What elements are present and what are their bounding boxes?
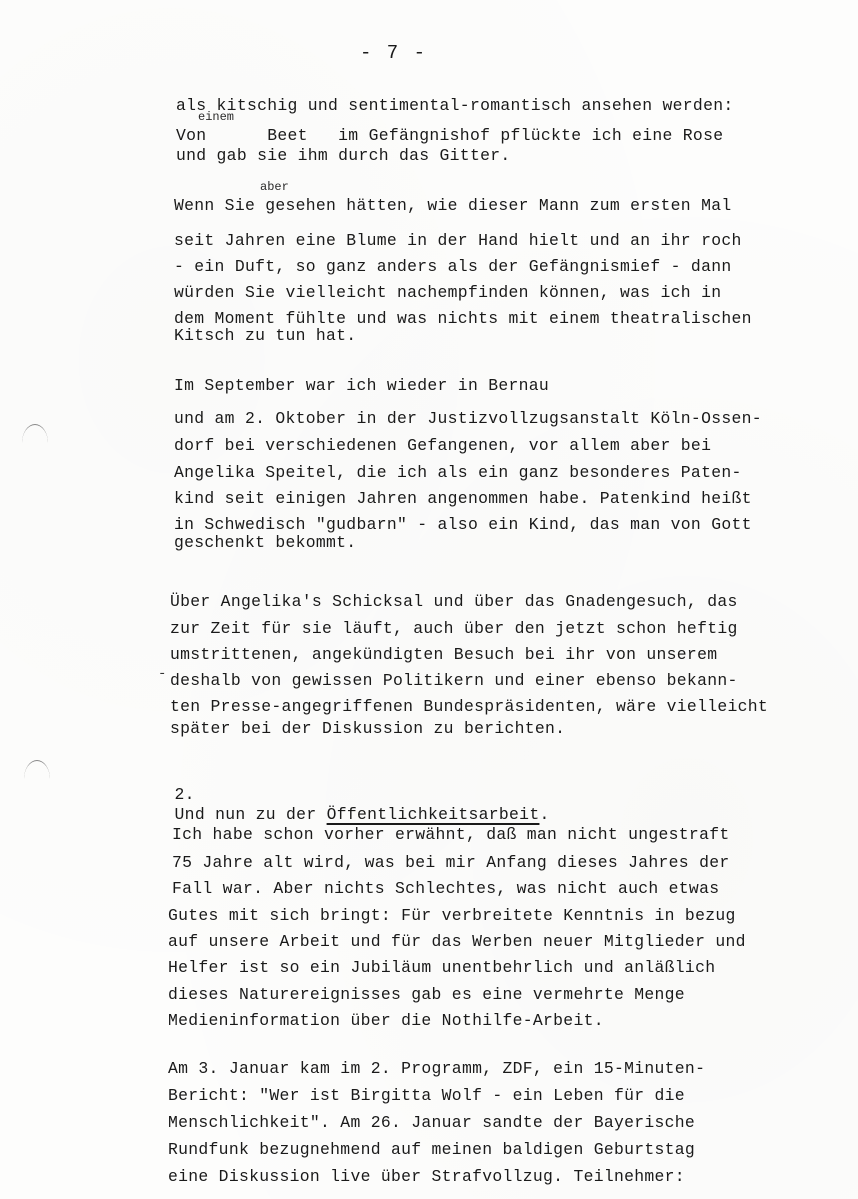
- handwritten-insert: einem: [198, 110, 234, 124]
- page-number: - 7 -: [360, 42, 427, 64]
- text-line: würden Sie vielleicht nachempfinden könn…: [174, 283, 721, 303]
- text-line: geschenkt bekommt.: [174, 533, 356, 553]
- text-line: später bei der Diskussion zu berichten.: [170, 719, 565, 739]
- text-line: als kitschig und sentimental-romantisch …: [176, 96, 733, 116]
- text-line: Wenn Sie gesehen hätten, wie dieser Mann…: [174, 196, 731, 216]
- text-line: kind seit einigen Jahren angenommen habe…: [174, 489, 752, 509]
- text-line: und am 2. Oktober in der Justizvollzugsa…: [174, 409, 762, 429]
- heading-prefix: Und nun zu der: [175, 805, 327, 824]
- text-line: Menschlichkeit". Am 26. Januar sandte de…: [168, 1113, 695, 1133]
- text-line: umstrittenen, angekündigten Besuch bei i…: [170, 645, 717, 665]
- text-line: Kitsch zu tun hat.: [174, 326, 356, 346]
- text-line: seit Jahren eine Blume in der Hand hielt…: [174, 231, 742, 251]
- text-line: Medieninformation über die Nothilfe-Arbe…: [168, 1011, 604, 1031]
- text-line: in Schwedisch "gudbarn" - also ein Kind,…: [174, 515, 752, 535]
- text-line: Bericht: "Wer ist Birgitta Wolf - ein Le…: [168, 1086, 685, 1106]
- section-number: 2.: [175, 785, 195, 804]
- margin-mark: -: [158, 666, 166, 682]
- text-line: deshalb von gewissen Politikern und eine…: [170, 671, 738, 691]
- document-page: - 7 - als kitschig und sentimental-roman…: [0, 0, 858, 1199]
- text-line: Helfer ist so ein Jubiläum unentbehrlich…: [168, 958, 715, 978]
- text-line: und gab sie ihm durch das Gitter.: [176, 146, 511, 166]
- heading-suffix: .: [539, 805, 549, 824]
- text-line: zur Zeit für sie läuft, auch über den je…: [170, 619, 738, 639]
- text-line: dorf bei verschiedenen Gefangenen, vor a…: [174, 436, 711, 456]
- text-line: Ich habe schon vorher erwähnt, daß man n…: [172, 825, 729, 845]
- text-line: Angelika Speitel, die ich als ein ganz b…: [174, 463, 742, 483]
- text-line: auf unsere Arbeit und für das Werben neu…: [168, 932, 746, 952]
- text-line: dieses Naturereignisses gab es eine verm…: [168, 985, 685, 1005]
- text-line: Fall war. Aber nichts Schlechtes, was ni…: [172, 879, 719, 899]
- text-line: eine Diskussion live über Strafvollzug. …: [168, 1167, 685, 1187]
- text-line: - ein Duft, so ganz anders als der Gefän…: [174, 257, 731, 277]
- text-line: Von Beet im Gefängnishof pflückte ich ei…: [176, 126, 723, 146]
- heading-underlined: Öffentlichkeitsarbeit: [327, 805, 540, 824]
- text-line: 75 Jahre alt wird, was bei mir Anfang di…: [172, 853, 729, 873]
- handwritten-insert: aber: [260, 180, 289, 194]
- text-line: Rundfunk bezugnehmend auf meinen baldige…: [168, 1140, 695, 1160]
- text-line: Im September war ich wieder in Bernau: [174, 376, 549, 396]
- text-line: ten Presse-angegriffenen Bundespräsident…: [170, 697, 768, 717]
- punch-hole-mark: [22, 424, 48, 443]
- text-line: Gutes mit sich bringt: Für verbreitete K…: [168, 906, 736, 926]
- text-line: Am 3. Januar kam im 2. Programm, ZDF, ei…: [168, 1059, 705, 1079]
- text-line: Über Angelika's Schicksal und über das G…: [170, 592, 738, 612]
- punch-hole-mark: [24, 760, 50, 779]
